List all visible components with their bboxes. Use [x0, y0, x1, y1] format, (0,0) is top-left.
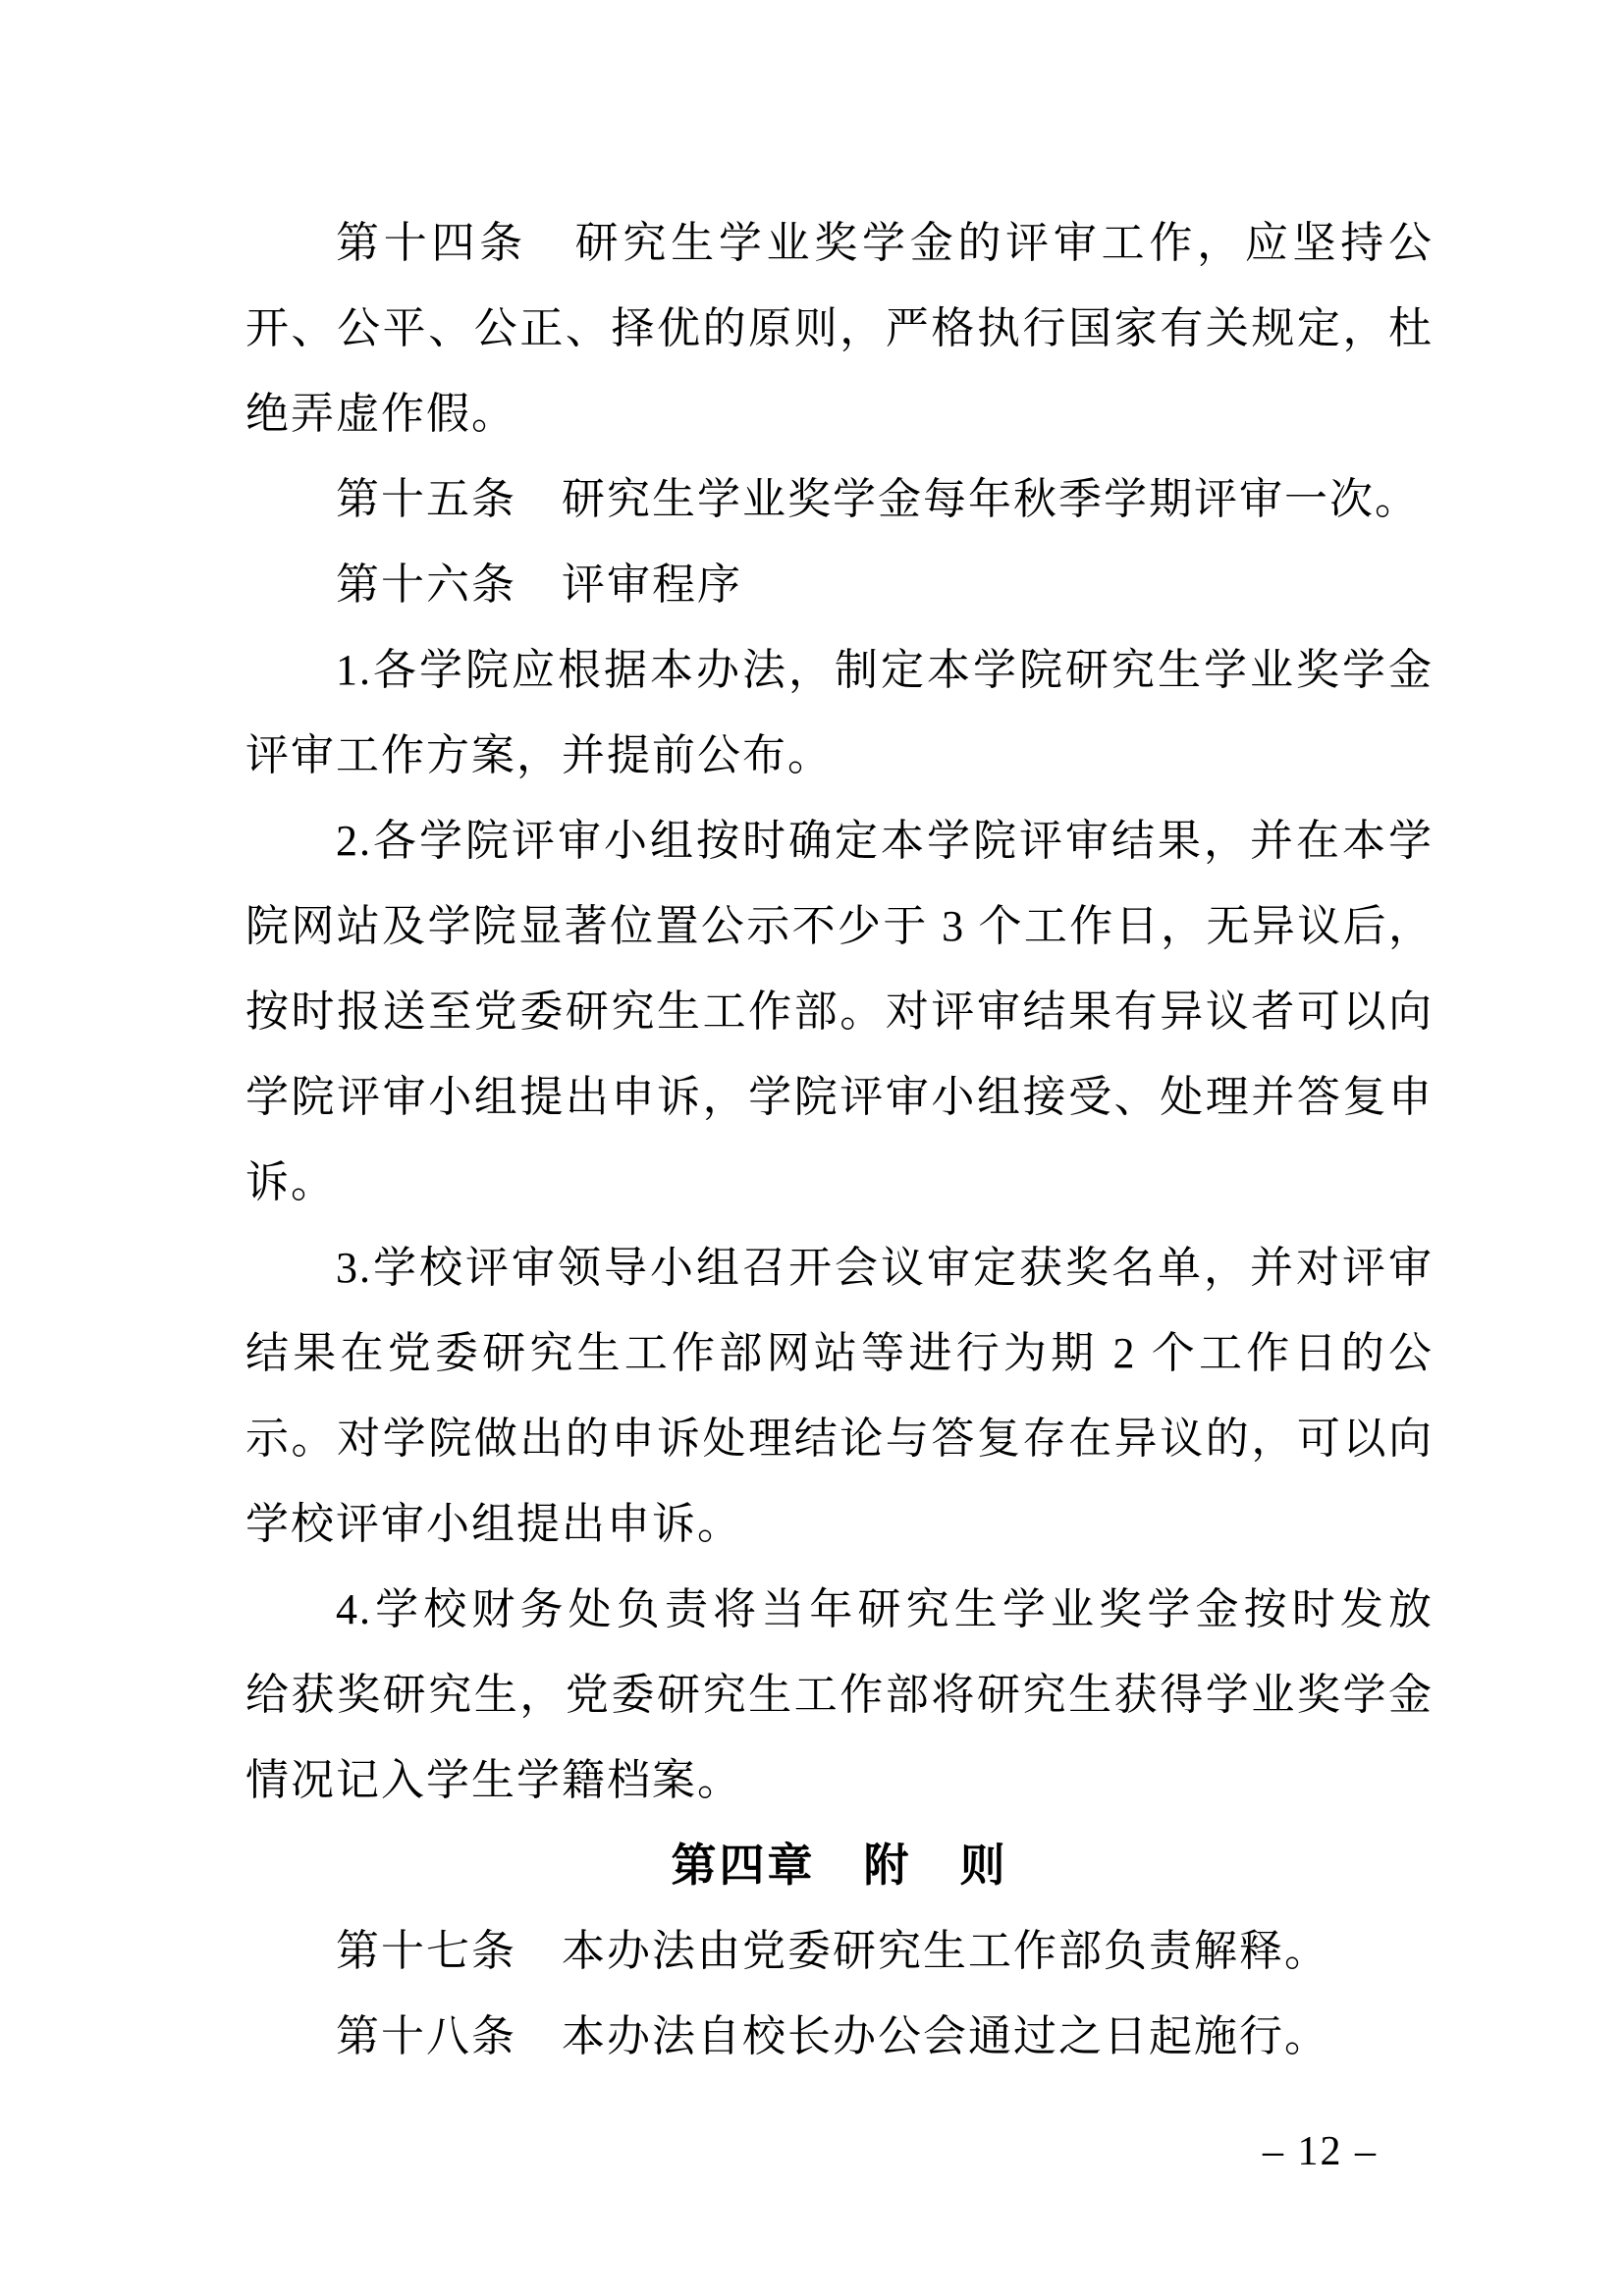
paragraph: 第十四条 研究生学业奖学金的评审工作，应坚持公开、公平、公正、择优的原则，严格执… — [245, 200, 1434, 456]
text-line: 第十五条 研究生学业奖学金每年秋季学期评审一次。 — [245, 456, 1434, 542]
text-line: 3.学校评审领导小组召开会议审定获奖名单，并对评审 — [245, 1225, 1434, 1310]
text-line: 第十八条 本办法自校长办公会通过之日起施行。 — [245, 1994, 1434, 2079]
text-line: 按时报送至党委研究生工作部。对评审结果有异议者可以向 — [245, 969, 1434, 1054]
text-line: 学院评审小组提出申诉，学院评审小组接受、处理并答复申 — [245, 1054, 1434, 1140]
text-line: 绝弄虚作假。 — [245, 371, 1434, 456]
text-line: 第十四条 研究生学业奖学金的评审工作，应坚持公 — [245, 200, 1434, 286]
text-line: 情况记入学生学籍档案。 — [245, 1737, 1434, 1823]
text-line: 示。对学院做出的申诉处理结论与答复存在异议的，可以向 — [245, 1396, 1434, 1481]
paragraph: 3.学校评审领导小组召开会议审定获奖名单，并对评审结果在党委研究生工作部网站等进… — [245, 1225, 1434, 1567]
paragraph: 第十八条 本办法自校长办公会通过之日起施行。 — [245, 1994, 1434, 2079]
text-line: 开、公平、公正、择优的原则，严格执行国家有关规定，杜 — [245, 286, 1434, 371]
paragraph: 第十七条 本办法由党委研究生工作部负责解释。 — [245, 1908, 1434, 1994]
text-line: 4.学校财务处负责将当年研究生学业奖学金按时发放 — [245, 1567, 1434, 1652]
text-line: 结果在党委研究生工作部网站等进行为期 2 个工作日的公 — [245, 1310, 1434, 1396]
chapter-heading: 第四章 附 则 — [245, 1823, 1434, 1908]
paragraph: 2.各学院评审小组按时确定本学院评审结果，并在本学院网站及学院显著位置公示不少于… — [245, 798, 1434, 1225]
paragraph: 第十六条 评审程序 — [245, 542, 1434, 627]
text-line: 第十六条 评审程序 — [245, 542, 1434, 627]
text-line: 给获奖研究生，党委研究生工作部将研究生获得学业奖学金 — [245, 1652, 1434, 1737]
text-line: 诉。 — [245, 1140, 1434, 1225]
document-body: 第十四条 研究生学业奖学金的评审工作，应坚持公开、公平、公正、择优的原则，严格执… — [245, 200, 1434, 2079]
page-number: – 12 – — [1263, 2130, 1378, 2173]
text-line: 第四章 附 则 — [245, 1823, 1434, 1908]
paragraph: 第十五条 研究生学业奖学金每年秋季学期评审一次。 — [245, 456, 1434, 542]
text-line: 2.各学院评审小组按时确定本学院评审结果，并在本学 — [245, 798, 1434, 883]
text-line: 学校评审小组提出申诉。 — [245, 1481, 1434, 1567]
paragraph: 4.学校财务处负责将当年研究生学业奖学金按时发放给获奖研究生，党委研究生工作部将… — [245, 1567, 1434, 1823]
text-line: 1.各学院应根据本办法，制定本学院研究生学业奖学金 — [245, 627, 1434, 713]
paragraph: 1.各学院应根据本办法，制定本学院研究生学业奖学金评审工作方案，并提前公布。 — [245, 627, 1434, 798]
document-page: 第十四条 研究生学业奖学金的评审工作，应坚持公开、公平、公正、择优的原则，严格执… — [0, 0, 1624, 2296]
text-line: 评审工作方案，并提前公布。 — [245, 713, 1434, 798]
text-line: 第十七条 本办法由党委研究生工作部负责解释。 — [245, 1908, 1434, 1994]
text-line: 院网站及学院显著位置公示不少于 3 个工作日，无异议后， — [245, 883, 1434, 969]
